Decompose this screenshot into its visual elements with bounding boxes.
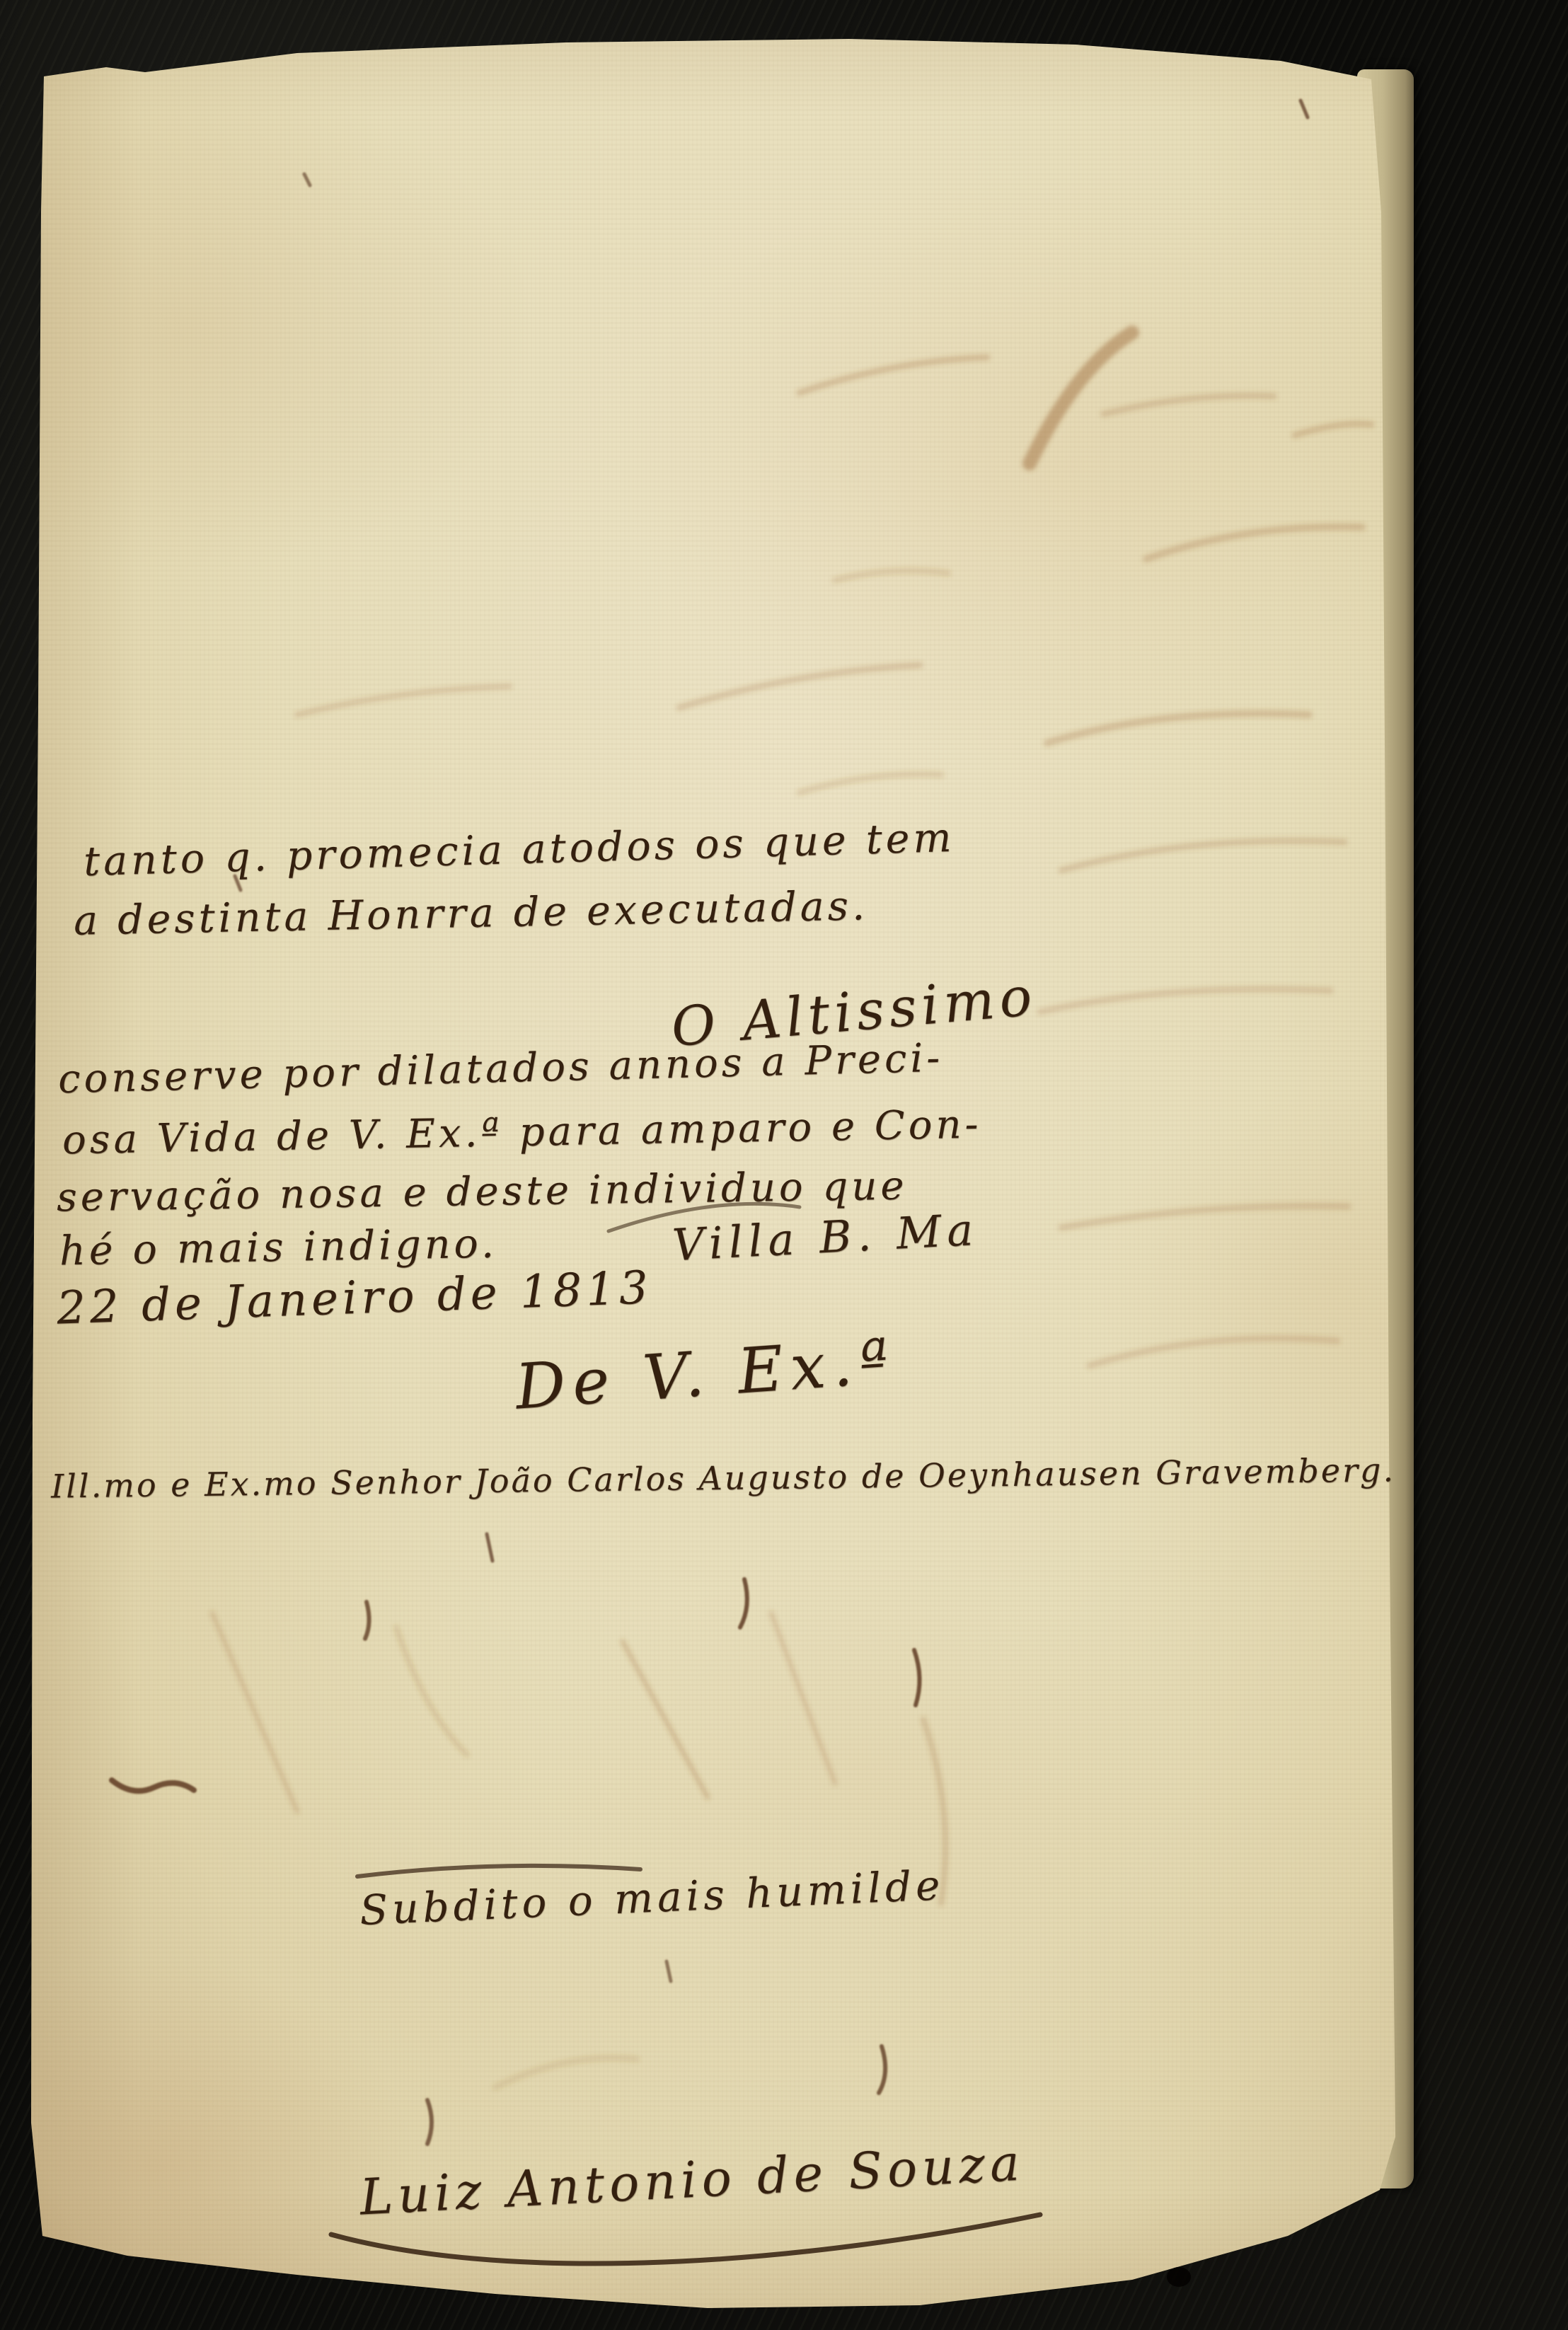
paper-hole xyxy=(1167,2267,1191,2287)
blessing-line-4: hé o mais indigno. xyxy=(59,1221,497,1275)
photo-background-cloth: tanto q. promecia atodos os que tem a de… xyxy=(0,0,1568,2330)
